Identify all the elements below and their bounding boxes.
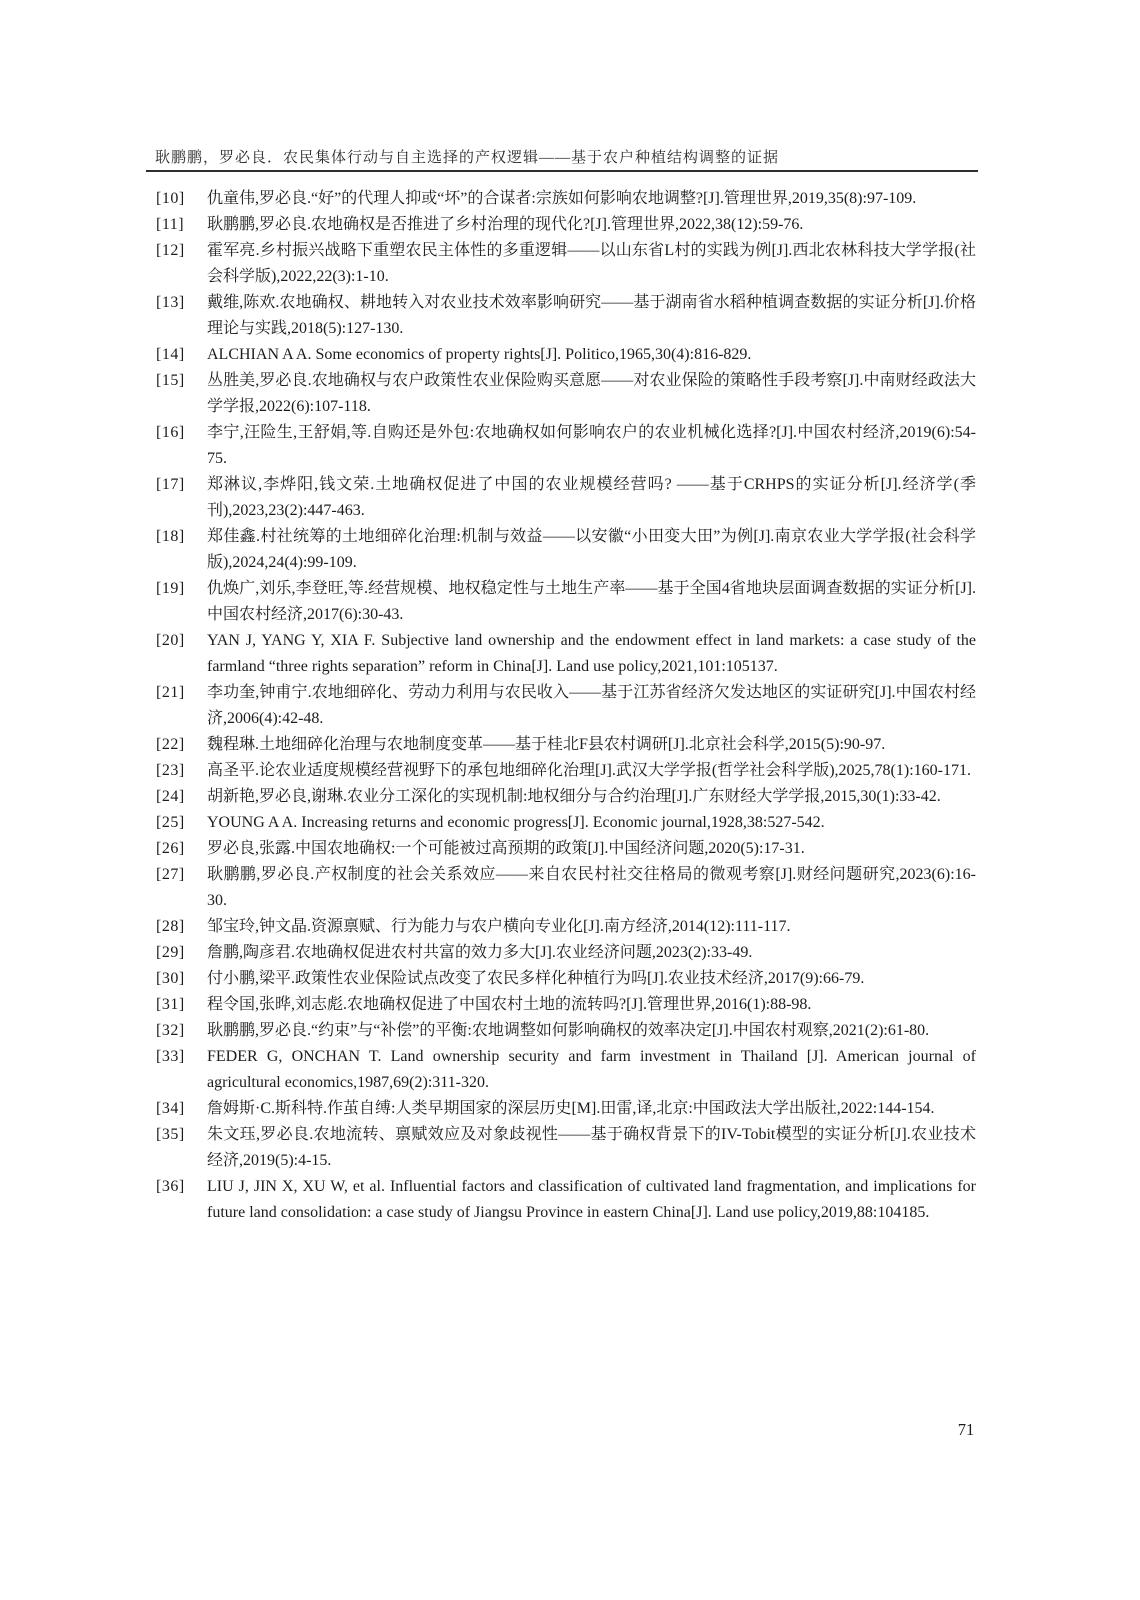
header-rule <box>146 170 978 172</box>
reference-text: FEDER G, ONCHAN T. Land ownership securi… <box>207 1048 976 1091</box>
reference-text: 耿鹏鹏,罗必良.产权制度的社会关系效应——来自农民村社交往格局的微观考察[J].… <box>207 866 976 909</box>
reference-item: [16]李宁,汪险生,王舒娟,等.自购还是外包:农地确权如何影响农户的农业机械化… <box>146 420 976 472</box>
reference-text: 邹宝玲,钟文晶.资源禀赋、行为能力与农户横向专业化[J].南方经济,2014(1… <box>207 918 791 935</box>
reference-number: [23] <box>156 758 185 784</box>
reference-number: [31] <box>156 992 185 1018</box>
reference-text: 朱文珏,罗必良.农地流转、禀赋效应及对象歧视性——基于确权背景下的IV-Tobi… <box>207 1126 976 1169</box>
reference-item: [31]程令国,张晔,刘志彪.农地确权促进了中国农村土地的流转吗?[J].管理世… <box>146 992 976 1018</box>
reference-number: [11] <box>156 212 184 238</box>
reference-text: 李宁,汪险生,王舒娟,等.自购还是外包:农地确权如何影响农户的农业机械化选择?[… <box>207 424 976 467</box>
reference-text: 高圣平.论农业适度规模经营视野下的承包地细碎化治理[J].武汉大学学报(哲学社会… <box>207 762 971 779</box>
reference-number: [34] <box>156 1096 185 1122</box>
reference-text: 戴维,陈欢.农地确权、耕地转入对农业技术效率影响研究——基于湖南省水稻种植调查数… <box>207 294 976 337</box>
reference-number: [35] <box>156 1122 185 1148</box>
reference-item: [30]付小鹏,梁平.政策性农业保险试点改变了农民多样化种植行为吗[J].农业技… <box>146 966 976 992</box>
reference-text: 付小鹏,梁平.政策性农业保险试点改变了农民多样化种植行为吗[J].农业技术经济,… <box>207 970 864 987</box>
reference-text: 罗必良,张露.中国农地确权:一个可能被过高预期的政策[J].中国经济问题,202… <box>207 840 805 857</box>
reference-text: LIU J, JIN X, XU W, et al. Influential f… <box>207 1178 976 1221</box>
reference-number: [22] <box>156 732 185 758</box>
reference-number: [33] <box>156 1044 185 1070</box>
reference-text: 程令国,张晔,刘志彪.农地确权促进了中国农村土地的流转吗?[J].管理世界,20… <box>207 996 811 1013</box>
reference-item: [17]郑淋议,李烨阳,钱文荣.土地确权促进了中国的农业规模经营吗? ——基于C… <box>146 472 976 524</box>
reference-item: [15]丛胜美,罗必良.农地确权与农户政策性农业保险购买意愿——对农业保险的策略… <box>146 368 976 420</box>
reference-item: [11]耿鹏鹏,罗必良.农地确权是否推进了乡村治理的现代化?[J].管理世界,2… <box>146 212 976 238</box>
reference-item: [26]罗必良,张露.中国农地确权:一个可能被过高预期的政策[J].中国经济问题… <box>146 836 976 862</box>
reference-item: [34]詹姆斯·C.斯科特.作茧自缚:人类早期国家的深层历史[M].田雷,译,北… <box>146 1096 976 1122</box>
reference-item: [13]戴维,陈欢.农地确权、耕地转入对农业技术效率影响研究——基于湖南省水稻种… <box>146 290 976 342</box>
reference-item: [24]胡新艳,罗必良,谢琳.农业分工深化的实现机制:地权细分与合约治理[J].… <box>146 784 976 810</box>
reference-text: 魏程琳.土地细碎化治理与农地制度变革——基于桂北F县农村调研[J].北京社会科学… <box>207 736 885 753</box>
reference-item: [10]仇童伟,罗必良.“好”的代理人抑或“坏”的合谋者:宗族如何影响农地调整?… <box>146 186 976 212</box>
reference-number: [15] <box>156 368 185 394</box>
reference-item: [22]魏程琳.土地细碎化治理与农地制度变革——基于桂北F县农村调研[J].北京… <box>146 732 976 758</box>
reference-item: [14]ALCHIAN A A. Some economics of prope… <box>146 342 976 368</box>
reference-text: 耿鹏鹏,罗必良.农地确权是否推进了乡村治理的现代化?[J].管理世界,2022,… <box>207 216 803 233</box>
reference-number: [25] <box>156 810 185 836</box>
reference-number: [18] <box>156 524 185 550</box>
reference-item: [23]高圣平.论农业适度规模经营视野下的承包地细碎化治理[J].武汉大学学报(… <box>146 758 976 784</box>
reference-item: [32]耿鹏鹏,罗必良.“约束”与“补偿”的平衡:农地调整如何影响确权的效率决定… <box>146 1018 976 1044</box>
reference-number: [10] <box>156 186 185 212</box>
reference-item: [36]LIU J, JIN X, XU W, et al. Influenti… <box>146 1174 976 1226</box>
reference-item: [25]YOUNG A A. Increasing returns and ec… <box>146 810 976 836</box>
reference-number: [29] <box>156 940 185 966</box>
reference-list: [10]仇童伟,罗必良.“好”的代理人抑或“坏”的合谋者:宗族如何影响农地调整?… <box>146 186 976 1226</box>
reference-number: [36] <box>156 1174 185 1200</box>
reference-number: [16] <box>156 420 185 446</box>
reference-text: 霍军亮.乡村振兴战略下重塑农民主体性的多重逻辑——以山东省L村的实践为例[J].… <box>207 242 976 285</box>
reference-number: [32] <box>156 1018 185 1044</box>
reference-item: [21]李功奎,钟甫宁.农地细碎化、劳动力利用与农民收入——基于江苏省经济欠发达… <box>146 680 976 732</box>
reference-number: [13] <box>156 290 185 316</box>
reference-item: [28]邹宝玲,钟文晶.资源禀赋、行为能力与农户横向专业化[J].南方经济,20… <box>146 914 976 940</box>
reference-text: 郑淋议,李烨阳,钱文荣.土地确权促进了中国的农业规模经营吗? ——基于CRHPS… <box>207 476 976 519</box>
reference-text: 詹姆斯·C.斯科特.作茧自缚:人类早期国家的深层历史[M].田雷,译,北京:中国… <box>207 1100 935 1117</box>
reference-item: [18]郑佳鑫.村社统筹的土地细碎化治理:机制与效益——以安徽“小田变大田”为例… <box>146 524 976 576</box>
reference-number: [12] <box>156 238 185 264</box>
reference-item: [29]詹鹏,陶彦君.农地确权促进农村共富的效力多大[J].农业经济问题,202… <box>146 940 976 966</box>
reference-number: [24] <box>156 784 185 810</box>
reference-number: [20] <box>156 628 185 654</box>
reference-text: 丛胜美,罗必良.农地确权与农户政策性农业保险购买意愿——对农业保险的策略性手段考… <box>207 372 976 415</box>
reference-text: 胡新艳,罗必良,谢琳.农业分工深化的实现机制:地权细分与合约治理[J].广东财经… <box>207 788 941 805</box>
reference-number: [27] <box>156 862 185 888</box>
reference-number: [26] <box>156 836 185 862</box>
reference-number: [14] <box>156 342 185 368</box>
running-header: 耿鹏鹏，罗必良．农民集体行动与自主选择的产权逻辑——基于农户种植结构调整的证据 <box>155 146 855 167</box>
reference-number: [19] <box>156 576 185 602</box>
reference-text: YOUNG A A. Increasing returns and econom… <box>207 814 825 831</box>
page-number: 71 <box>940 1420 992 1440</box>
reference-number: [30] <box>156 966 185 992</box>
reference-text: 李功奎,钟甫宁.农地细碎化、劳动力利用与农民收入——基于江苏省经济欠发达地区的实… <box>207 684 976 727</box>
reference-item: [20]YAN J, YANG Y, XIA F. Subjective lan… <box>146 628 976 680</box>
reference-number: [21] <box>156 680 185 706</box>
reference-text: 仇焕广,刘乐,李登旺,等.经营规模、地权稳定性与土地生产率——基于全国4省地块层… <box>207 580 976 623</box>
reference-item: [27]耿鹏鹏,罗必良.产权制度的社会关系效应——来自农民村社交往格局的微观考察… <box>146 862 976 914</box>
reference-text: 仇童伟,罗必良.“好”的代理人抑或“坏”的合谋者:宗族如何影响农地调整?[J].… <box>207 190 916 207</box>
paper-page: 耿鹏鹏，罗必良．农民集体行动与自主选择的产权逻辑——基于农户种植结构调整的证据 … <box>0 0 1140 1600</box>
reference-number: [28] <box>156 914 185 940</box>
reference-text: 詹鹏,陶彦君.农地确权促进农村共富的效力多大[J].农业经济问题,2023(2)… <box>207 944 752 961</box>
reference-text: ALCHIAN A A. Some economics of property … <box>207 346 751 363</box>
reference-text: 耿鹏鹏,罗必良.“约束”与“补偿”的平衡:农地调整如何影响确权的效率决定[J].… <box>207 1022 929 1039</box>
reference-text: YAN J, YANG Y, XIA F. Subjective land ow… <box>207 632 976 675</box>
reference-item: [33]FEDER G, ONCHAN T. Land ownership se… <box>146 1044 976 1096</box>
reference-number: [17] <box>156 472 185 498</box>
reference-item: [35]朱文珏,罗必良.农地流转、禀赋效应及对象歧视性——基于确权背景下的IV-… <box>146 1122 976 1174</box>
reference-item: [19]仇焕广,刘乐,李登旺,等.经营规模、地权稳定性与土地生产率——基于全国4… <box>146 576 976 628</box>
reference-text: 郑佳鑫.村社统筹的土地细碎化治理:机制与效益——以安徽“小田变大田”为例[J].… <box>207 528 976 571</box>
reference-item: [12]霍军亮.乡村振兴战略下重塑农民主体性的多重逻辑——以山东省L村的实践为例… <box>146 238 976 290</box>
